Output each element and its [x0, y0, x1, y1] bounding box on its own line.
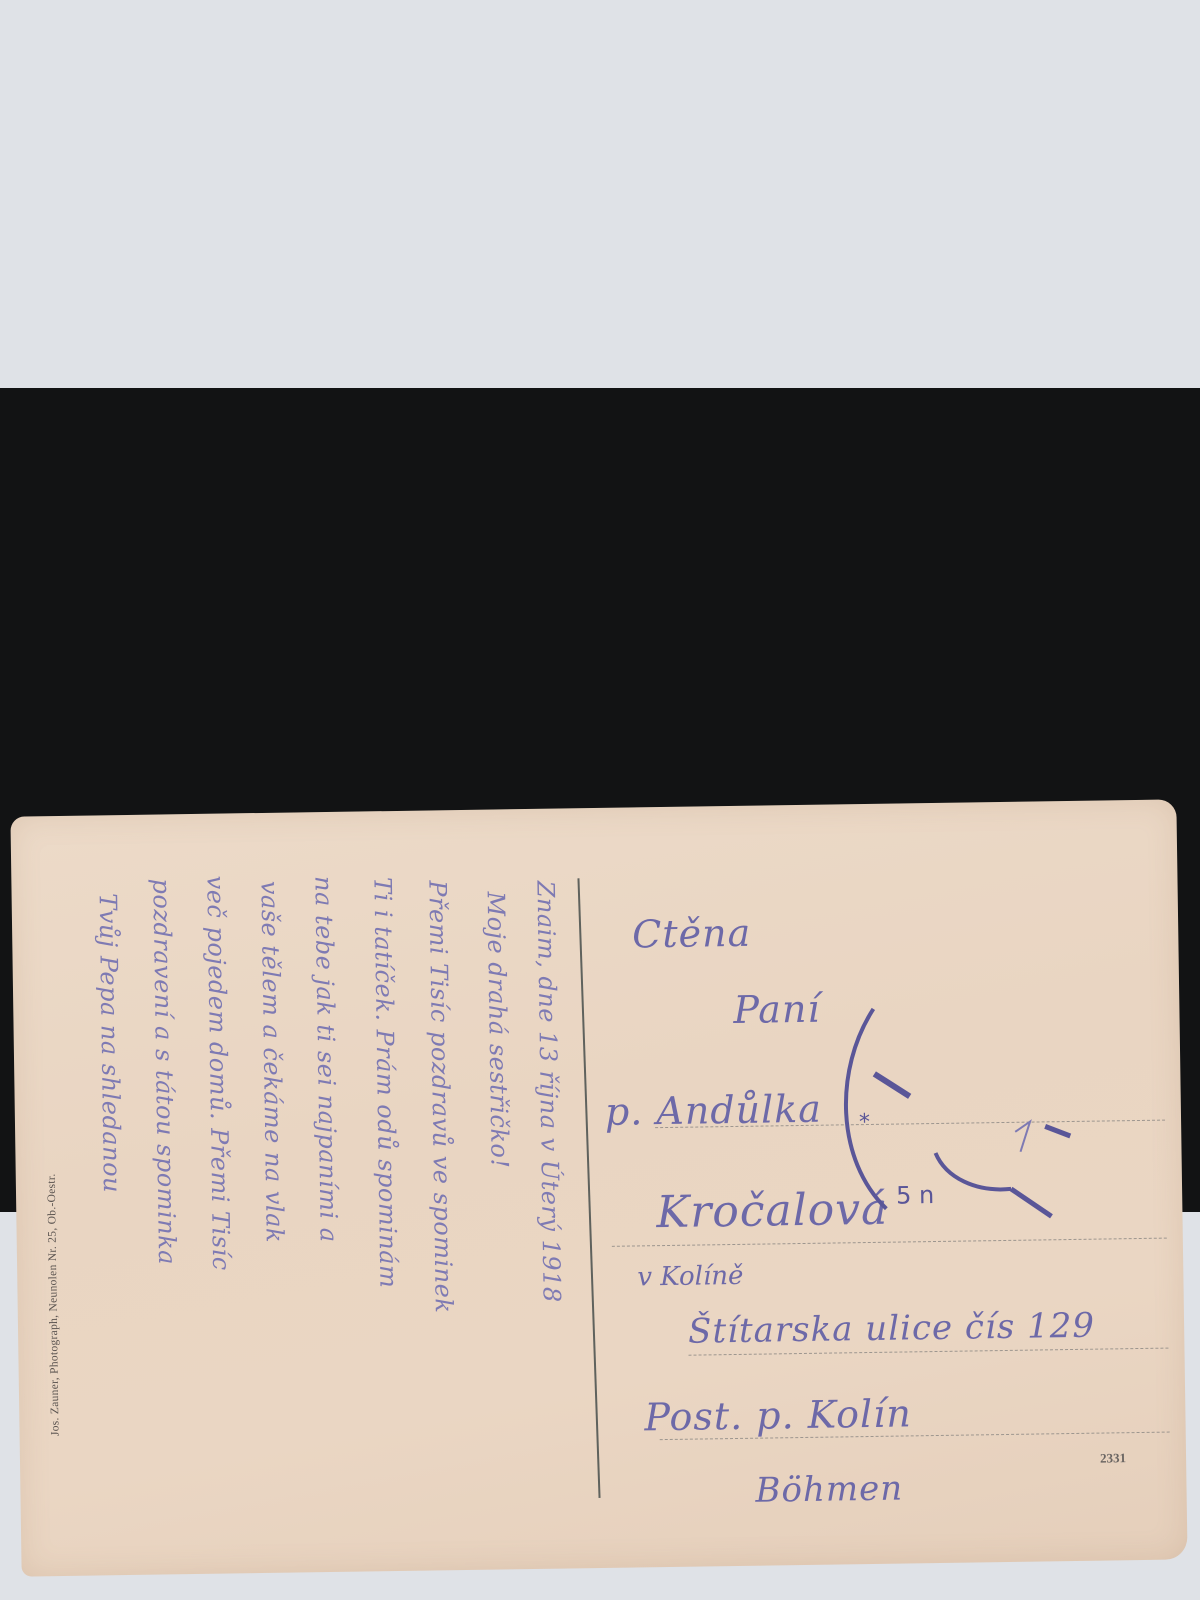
message-signature: Tvůj Pepa na shledanou [94, 893, 126, 1193]
message-line: Znaim, dne 13 října v Úterý 1918 [531, 881, 565, 1303]
postmark-text: 5 n [896, 1181, 935, 1210]
message-line: več pojedem domů. Přemi Tisíc [201, 875, 235, 1270]
divider-line [577, 878, 600, 1498]
serial-number: 2331 [1100, 1450, 1126, 1466]
address-title: Paní [733, 987, 821, 1032]
svg-text:*: * [859, 1110, 870, 1135]
address-country: Böhmen [755, 1469, 903, 1511]
message-line: Ti i tatíček. Prám odů spominám [368, 877, 402, 1289]
message-line: Moje drahá sestřičko! [482, 891, 514, 1168]
message-line: Přemi Tisíc pozdravů ve spominek [423, 880, 457, 1313]
message-line: pozdravení a s tátou spominka [147, 878, 181, 1265]
address-town: v Kolíně [637, 1261, 744, 1293]
address-first-name: p. Andůlka [605, 1087, 823, 1134]
postcard-back: Jos. Zauner, Photograph, Neunolen Nr. 25… [10, 799, 1187, 1576]
publisher-imprint: Jos. Zauner, Photograph, Neunolen Nr. 25… [42, 936, 61, 1436]
address-dotted-line [612, 1238, 1167, 1247]
address-street: Štítarska ulice čís 129 [688, 1306, 1095, 1352]
address-surname: Kročalová [656, 1184, 889, 1238]
message-line: na tebe jak ti sei najpaními a [309, 876, 342, 1243]
address-salutation: Ctěna [632, 911, 752, 957]
photo-backdrop: Jos. Zauner, Photograph, Neunolen Nr. 25… [0, 388, 1200, 1212]
address-post-office: Post. p. Kolín [644, 1391, 912, 1439]
message-line: vaše tělem a čekáme na vlak [255, 881, 288, 1244]
